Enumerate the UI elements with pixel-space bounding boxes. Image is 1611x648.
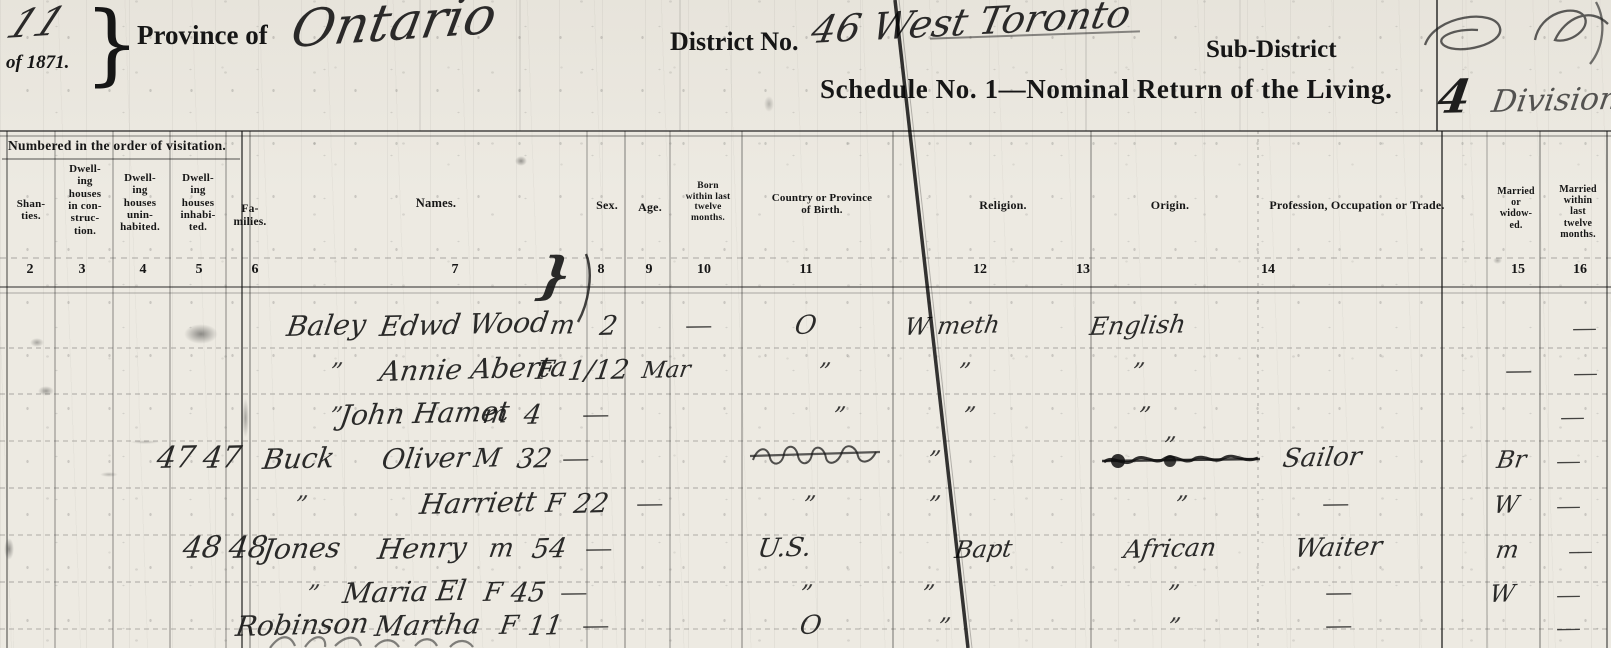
column-header-4: Dwell- ing houses unin- habited.	[120, 172, 160, 234]
column-number-9: 9	[646, 262, 653, 278]
column-number-14: 14	[1261, 262, 1275, 278]
cell-sex: m	[481, 399, 510, 430]
cell-surname: Jones	[261, 531, 343, 566]
cell-given: Martha	[373, 607, 483, 643]
header-brace: }	[84, 0, 140, 95]
cell-religion: Bapt	[953, 535, 1014, 564]
cell-born12: —	[582, 403, 610, 428]
cell-country: U.S.	[756, 533, 814, 564]
cell-age: 32	[515, 443, 554, 475]
ink-smudge	[764, 96, 774, 112]
column-number-8: 8	[598, 262, 605, 278]
cell-married: Br	[1495, 445, 1528, 474]
corner-flourish-scribble	[1400, 0, 1611, 80]
ink-smudge	[515, 156, 527, 166]
cell-married: W	[1492, 490, 1521, 519]
cell-given: Harriett	[418, 485, 539, 521]
cell-born12: —	[636, 492, 664, 517]
cell-profession: —	[1322, 492, 1350, 517]
cell-religion: W meth	[903, 311, 1002, 341]
cell-married12: —	[1556, 583, 1582, 607]
cell-married12: —	[1556, 494, 1582, 518]
cell-country: ”	[798, 580, 815, 608]
ink-smudge	[242, 398, 249, 438]
cell-sex: M	[472, 443, 503, 474]
cell-profession: —	[1325, 614, 1353, 639]
cell-given: Maria El	[341, 574, 469, 610]
column-number-11: 11	[799, 262, 812, 278]
column-number-13: 13	[1076, 262, 1090, 278]
cell-origin: ”	[1173, 491, 1190, 519]
division-word: Division	[1489, 81, 1611, 120]
cell-married: W	[1488, 579, 1517, 608]
cell-religion: ”	[961, 402, 978, 430]
column-number-15: 15	[1511, 262, 1525, 278]
column-number-5: 5	[196, 262, 203, 278]
column-header-2: Shan- ties.	[17, 198, 46, 223]
cell-surname: Baley	[285, 308, 369, 343]
cell-dwelling: 48	[180, 530, 224, 566]
cell-married12: —	[1556, 449, 1582, 473]
cell-family: 47	[200, 440, 244, 476]
cell-surname: ”	[305, 580, 322, 608]
cell-religion: ”	[936, 613, 953, 641]
cell-surname: ”	[328, 358, 345, 386]
cell-country: ”	[816, 358, 833, 386]
cell-married12: —	[1568, 539, 1594, 563]
column-number-10: 10	[697, 262, 711, 278]
column-header-14: Profession, Occupation or Trade.	[1269, 199, 1444, 212]
column-header-5: Dwell- ing houses inhabi- ted.	[180, 172, 215, 234]
year-label: of 1871.	[6, 52, 69, 74]
stray-brace-mark: }	[534, 245, 575, 305]
cell-sex: F	[544, 489, 567, 519]
cell-sex: m	[548, 310, 577, 341]
cell-surname: Robinson	[234, 607, 372, 643]
cell-origin: ”	[1165, 580, 1182, 608]
cell-age: 54	[530, 533, 569, 565]
ditto-mark: ”	[1161, 432, 1178, 460]
district-label: District No.	[670, 27, 799, 57]
column-number-2: 2	[27, 262, 34, 278]
page-number: 11	[0, 0, 73, 48]
subdistrict-label: Sub-District	[1206, 36, 1337, 64]
ink-smudge	[130, 440, 160, 444]
visitation-caption: Numbered in the order of visitation.	[8, 138, 226, 154]
cell-country: ”	[801, 491, 818, 519]
column-header-11: Country or Province of Birth.	[772, 192, 873, 217]
cell-married12: —	[1556, 616, 1582, 640]
cell-given: Oliver	[380, 441, 472, 476]
column-header-6: Fa- milies.	[233, 203, 266, 229]
cell-married12: —	[1560, 405, 1586, 429]
cell-age: 4	[522, 400, 544, 431]
column-number-3: 3	[79, 262, 86, 278]
cell-religion: ”	[926, 446, 943, 474]
ink-smudge	[38, 386, 54, 396]
cell-age: 22	[572, 488, 611, 520]
cell-married: —	[1505, 359, 1533, 384]
ink-smudge	[30, 338, 44, 347]
column-header-7: Names.	[416, 196, 456, 210]
cell-sex: m	[487, 533, 516, 564]
cell-married12: —	[1573, 361, 1599, 385]
cell-born12: —	[562, 447, 590, 472]
column-number-7: 7	[452, 262, 459, 278]
division-number: 4	[1434, 69, 1474, 124]
cell-given: Henry	[376, 531, 470, 566]
cell-origin: African	[1122, 533, 1219, 564]
ink-smudge	[100, 472, 118, 477]
cell-born12: —	[582, 614, 610, 639]
column-number-16: 16	[1573, 262, 1587, 278]
cell-surname: Buck	[261, 441, 338, 476]
cell-profession: Waiter	[1293, 532, 1384, 564]
ink-smudge	[1493, 257, 1502, 264]
illegible-strikeout-origin	[1100, 450, 1265, 472]
cell-religion: ”	[956, 358, 973, 386]
cell-born12: Mar	[640, 357, 692, 384]
cell-country: ”	[831, 402, 848, 430]
column-header-16: Married within last twelve months.	[1559, 184, 1597, 240]
cell-age: 1/12	[566, 354, 632, 387]
column-number-4: 4	[140, 262, 147, 278]
cell-origin: ”	[1136, 402, 1153, 430]
column-header-15: Married or widow- ed.	[1497, 186, 1535, 231]
cell-married12: —	[1572, 316, 1598, 340]
cell-age: 2	[598, 311, 620, 342]
cell-age: 45	[509, 577, 548, 609]
column-header-8: Sex.	[596, 199, 618, 212]
column-number-6: 6	[252, 262, 259, 278]
cell-origin: ”	[1130, 358, 1147, 386]
cell-age: 11	[526, 610, 565, 642]
cell-sex: F	[498, 611, 521, 641]
cell-profession: Sailor	[1281, 442, 1364, 474]
cell-religion: ”	[920, 580, 937, 608]
cell-country: O	[798, 610, 824, 641]
column-header-10: Born within last twelve months.	[686, 181, 731, 224]
cell-sex: F	[482, 578, 505, 608]
schedule-title: Schedule No. 1—Nominal Return of the Liv…	[820, 74, 1392, 105]
cell-given: Edwd Wood	[378, 306, 551, 343]
cell-country: O	[793, 310, 819, 341]
cell-origin: English	[1088, 310, 1188, 341]
cell-origin: ”	[1166, 613, 1183, 641]
cell-born12: —	[560, 581, 588, 606]
column-header-9: Age.	[638, 201, 662, 214]
column-header-3: Dwell- ing houses in con- struc- tion.	[68, 163, 102, 237]
province-label: Province of	[137, 20, 268, 51]
cell-born12: —	[585, 537, 613, 562]
ink-smudge	[4, 538, 14, 560]
column-number-12: 12	[973, 262, 987, 278]
district-value: 46 West Toronto	[808, 0, 1135, 52]
cell-married: m	[1494, 535, 1521, 564]
cell-dwelling: 47	[154, 440, 198, 476]
cell-surname: ”	[293, 491, 310, 519]
province-value: Ontario	[287, 0, 502, 60]
ink-smudge	[184, 324, 218, 344]
column-header-13: Origin.	[1151, 199, 1189, 212]
cell-religion: ”	[926, 491, 943, 519]
column-header-12: Religion.	[979, 199, 1026, 212]
census-page-scan: 11 of 1871. } Province of Ontario Distri…	[0, 0, 1611, 648]
cell-born12: —	[685, 314, 713, 339]
illegible-scribble-country	[748, 440, 883, 470]
cell-profession: —	[1325, 581, 1353, 606]
